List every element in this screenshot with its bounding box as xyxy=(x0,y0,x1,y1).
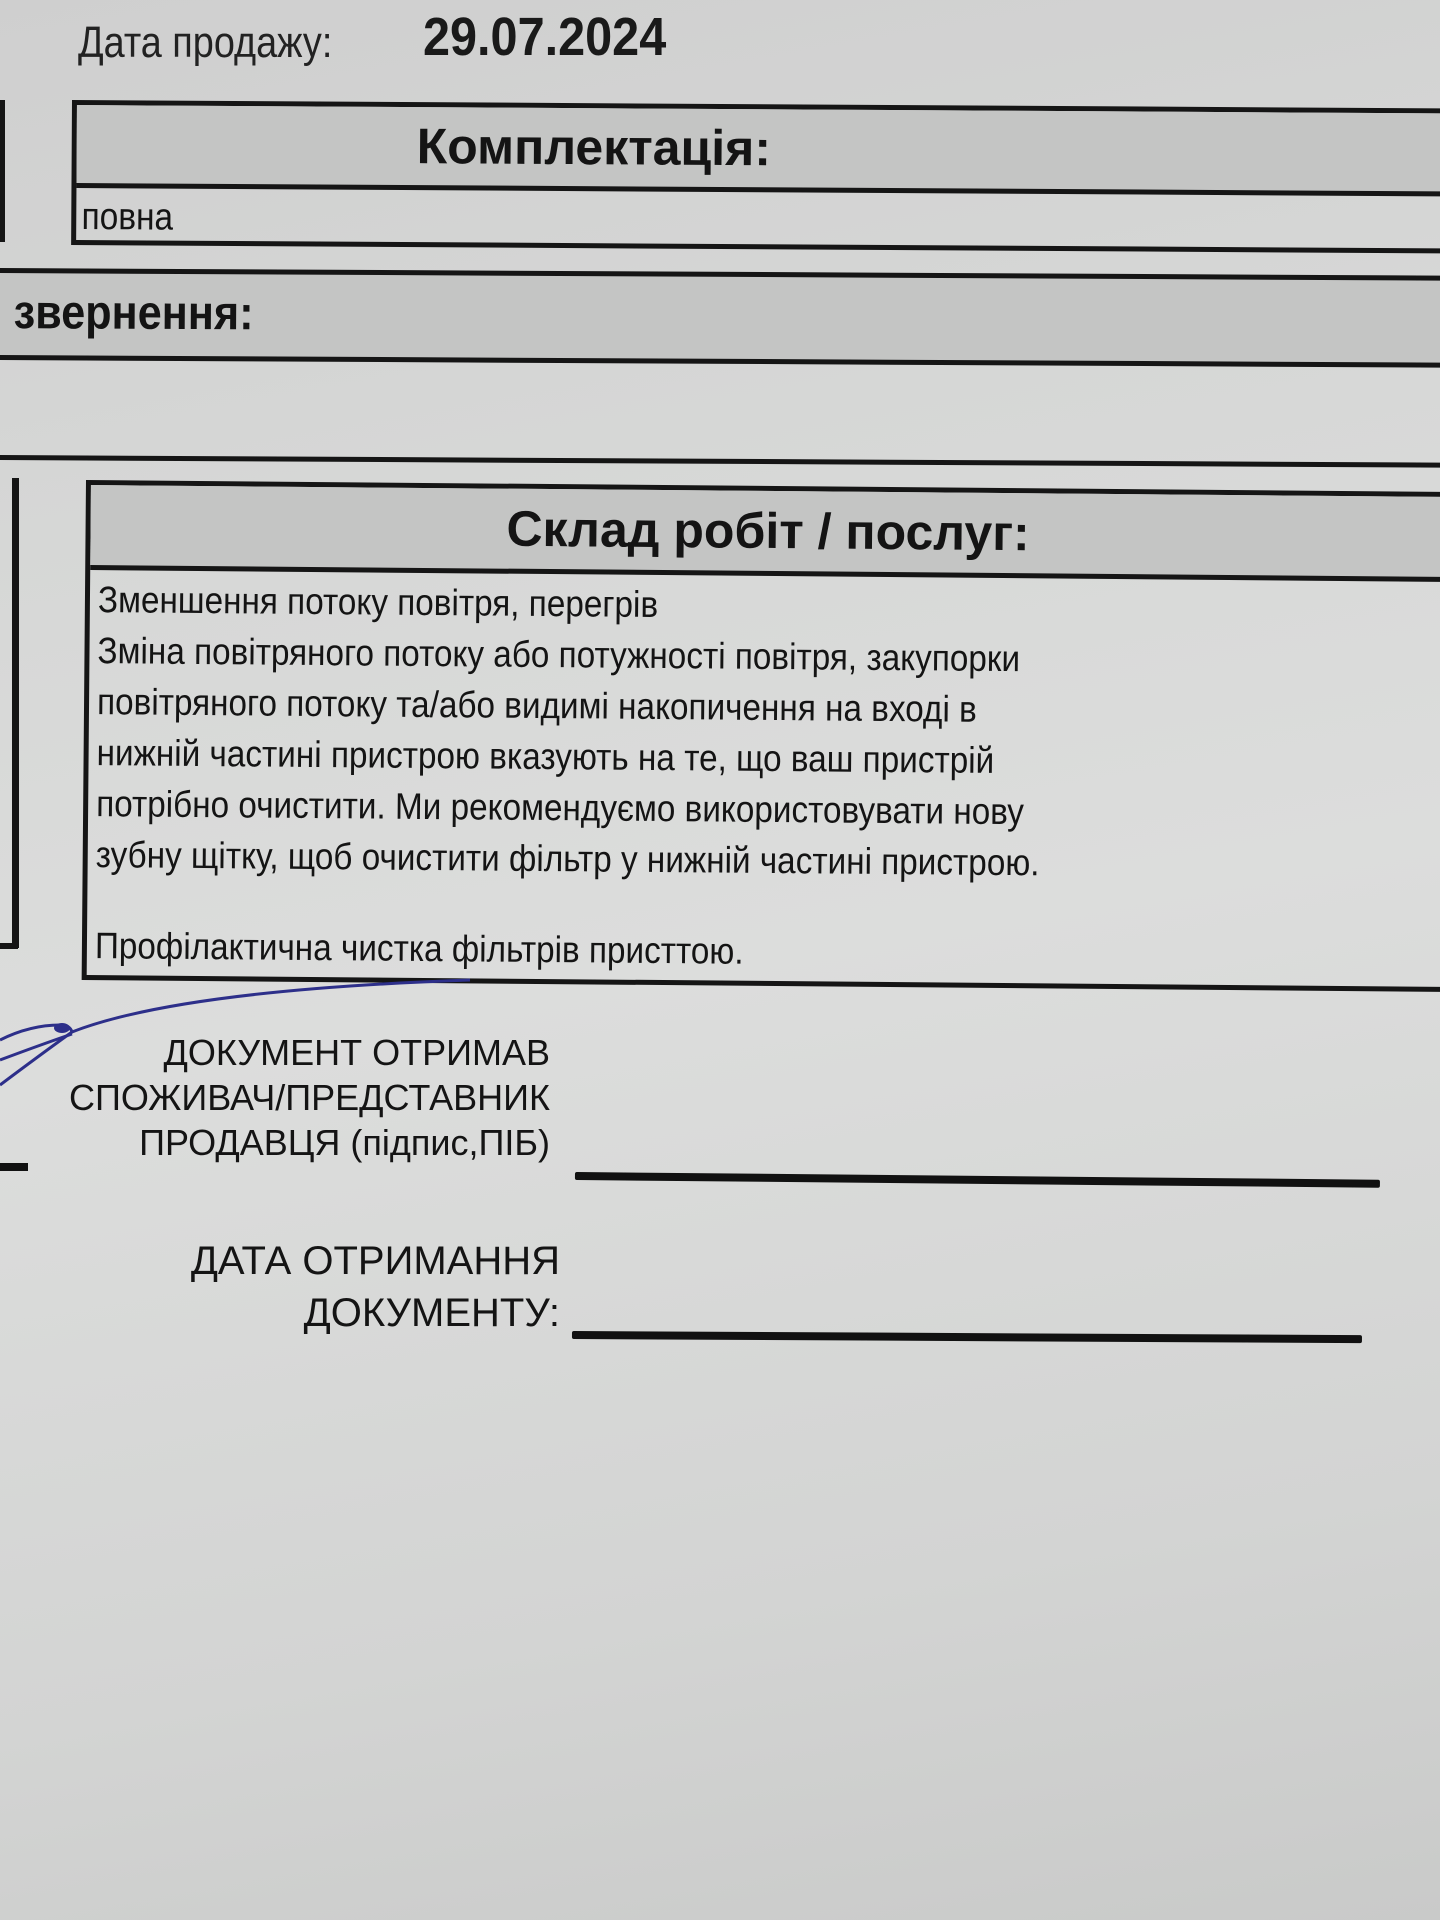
receipt-date-label: ДАТА ОТРИМАННЯ ДОКУМЕНТУ: xyxy=(191,1235,560,1339)
left-box-edge-2 xyxy=(12,478,19,948)
sale-date-value: 29.07.2024 xyxy=(423,6,666,68)
works-body: Зменшення потоку повітря, перегрів Зміна… xyxy=(87,570,1440,987)
signature-line xyxy=(575,1172,1380,1188)
sale-date-label: Дата продажу: xyxy=(78,18,332,68)
left-box-edge xyxy=(0,100,5,242)
request-header-band: звернення: xyxy=(0,268,1440,368)
signature-label: ДОКУМЕНТ ОТРИМАВ СПОЖИВАЧ/ПРЕДСТАВНИК ПР… xyxy=(69,1030,550,1165)
works-line: зубну щітку, щоб очистити фільтр у нижні… xyxy=(96,829,1301,891)
left-box-corner xyxy=(0,943,18,949)
divider-line xyxy=(0,455,1440,468)
equipment-header: Комплектація: xyxy=(76,105,1440,196)
works-box: Склад робіт / послуг: Зменшення потоку п… xyxy=(82,480,1440,992)
left-line-stub xyxy=(0,1163,28,1171)
works-header: Склад робіт / послуг: xyxy=(90,485,1440,582)
equipment-value: повна xyxy=(76,188,1282,254)
equipment-box: Комплектація: повна xyxy=(71,100,1440,253)
request-header: звернення: xyxy=(14,285,254,341)
receipt-date-line xyxy=(572,1331,1362,1343)
